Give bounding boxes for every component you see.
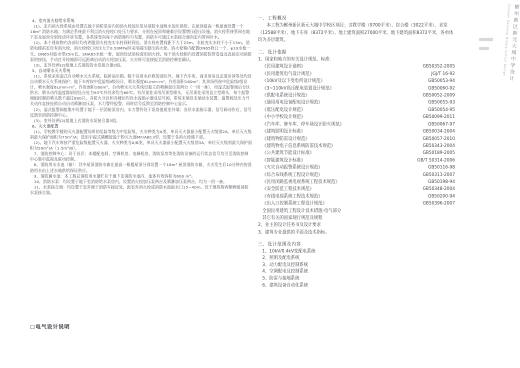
standard-row: 《建筑物防雷设计规范》 GB50057-2010: [258, 135, 455, 142]
section-title-overview: 一、工程概况: [258, 15, 455, 22]
standard-name: 《建筑物电子信息系统防雷技术规范》: [258, 142, 335, 149]
standard-name: 《公共建筑节能设计标准》: [258, 150, 314, 157]
standards-list: 《民用建筑设计通则》 GB50352-2005 《民用建筑电气设计规范》 JGJ…: [258, 63, 455, 207]
standard-row: 《建筑照明设计标准》 GB50034-2004: [258, 128, 455, 135]
standard-code: GB/T 50314-2006: [417, 157, 455, 164]
scope-item: 3、动力配电及控制系统: [258, 262, 455, 269]
standard-row: 《公共建筑节能设计标准》 GB50189-2005: [258, 150, 455, 157]
standard-code: JGJ/T 16-92: [431, 70, 455, 77]
standard-name: 《智能建筑设计标准》: [258, 157, 305, 164]
overview-paragraph: 本工程为郴州新区新元大城中学校区项目；含教学楼（9700平米）、综合楼（3022…: [258, 22, 455, 44]
standard-code: GB50054-95: [428, 106, 455, 113]
standard-row: 《综合布线系统工程设计规范》 GB50311-2007: [258, 171, 455, 178]
standard-code: GB50311-2007: [423, 171, 455, 178]
scope-item: 5、防雷与接地系统: [258, 275, 455, 282]
standard-name: 《通用用电设备配电设计规范》: [258, 99, 322, 106]
spec-paragraph: 11、水泵接合器：均设置于室外便于消防车接近处，距室外消火栓或消防水池取水口15…: [30, 184, 252, 195]
basis-note-2: 其它有关的国家现行规范及规程: [258, 214, 455, 221]
scope-item: 2、照明及配电系统: [258, 255, 455, 262]
standard-code: GB50067-97: [428, 121, 455, 128]
standard-row: 《通用用电设备配电设计规范》 GB50055-93: [258, 99, 455, 106]
standard-row: 《10kV及以下变电所设计规范》 GB50053-94: [258, 78, 455, 85]
standard-row: 《中小学校设计规范》 GB50099-2011: [258, 114, 455, 121]
spec-paragraph: (2)、本个建筑物内各部位均有两股消火栓充实水柱同时到达，消火栓布置间距不大于2…: [30, 40, 252, 62]
basis-note-1: 全国民用建筑工程设计技术措施-电气部分: [258, 207, 455, 214]
standard-code: GB50200-94: [428, 193, 455, 200]
standard-row: 《民用闭路监视电视系统工程技术规范》 GB50198-94: [258, 178, 455, 185]
scope-item: 6、建筑设备自动化系统: [258, 282, 455, 289]
standard-code: GB50053-94: [428, 78, 455, 85]
standard-code: GB50116-98: [428, 164, 455, 171]
standard-name: 《民用闭路监视电视系统工程技术规范》: [258, 178, 340, 185]
scope-item: 1、10kV/0.4kV变配电系统: [258, 248, 455, 255]
standard-name: 《中小学校设计规范》: [258, 114, 305, 121]
standard-row: 《3~110kV高压配电装置设计规范》 GB50060-92: [258, 85, 455, 92]
spec-paragraph: (1)、系统采用湿式自动喷水灭火系统，临时高压制。除不宜用水扑救的部位外，地下汽…: [30, 73, 252, 106]
standard-row: 《低压配电设计规范》 GB50054-95: [258, 106, 455, 113]
spec-paragraph: (1)、学校教学楼的灭火器配置场所的危险等级为中危险级，火灾种类为A类，单具灭火…: [30, 129, 252, 140]
document-page: 4、室内消火栓给水系统 (1)、室内消火栓系统由设置在地下消防泵房内的消火栓加压…: [0, 0, 520, 368]
standard-name: 《供配电系统设计规范》: [258, 92, 310, 99]
standard-name: 《建筑物防雷设计规范》: [258, 135, 310, 142]
scope-item: 4、空调配电及控制系统: [258, 269, 455, 276]
standard-code: GB50198-94: [428, 178, 455, 185]
standard-row: 《火灾自动报警系统设计规范》 GB50116-98: [258, 164, 455, 171]
standard-code: GB50034-2004: [423, 128, 455, 135]
faint-stamp-mark: [479, 38, 493, 41]
right-column: 一、工程概况 本工程为郴州新区新元大城中学校区项目；含教学楼（9700平米）、综…: [258, 15, 455, 345]
standard-name: 《民用建筑设计通则》: [258, 63, 305, 70]
standard-name: 《建筑照明设计标准》: [258, 128, 305, 135]
spec-paragraph: (2)、地下汽车库按严重危险级配置灭火器，火灾种类为A/B类，单具灭火器最小配置…: [30, 140, 252, 151]
spec-paragraph: (1)、室内消火栓系统由设置在地下消防泵房内的消火栓加压泵从消防水池吸水加压供给…: [30, 24, 252, 41]
electrical-section-header-wrap: □电气设计说明: [30, 321, 170, 335]
standard-row: 《安全防范工程技术规范》 GB50348-2004: [258, 186, 455, 193]
standard-name: 《3~110kV高压配电装置设计规范》: [258, 85, 334, 92]
standard-name: 《安全防范工程技术规范》: [258, 186, 314, 193]
title-block: 郴州新区新元大城中学设计 Xinyuan Dacheng Middle Scho…: [484, 2, 520, 112]
standard-code: GB50055-93: [428, 99, 455, 106]
standard-code: GB50060-92: [428, 85, 455, 92]
standard-code: GB50057-2010: [423, 135, 455, 142]
standard-name: 《10kV及以下变电所设计规范》: [258, 78, 325, 85]
scope-list: 1、10kV/0.4kV变配电系统 2、照明及配电系统 3、动力配电及控制系统 …: [258, 248, 455, 289]
spec-paragraph: (2)、湿式报警阀组集中设置于地下一层消防泵房内，水力警铃设于泵房值班室外墙；各…: [30, 107, 252, 118]
standard-code: GB50343-2004: [423, 142, 455, 149]
basis-item-3: 3、建筑专业提供的平面及技术指标。: [258, 229, 455, 236]
standard-name: 《汽车库、修车库、停车场设计防火规范》: [258, 121, 344, 128]
standard-row: 《建筑物电子信息系统防雷技术规范》 GB50343-2004: [258, 142, 455, 149]
left-column: 4、室内消火栓给水系统 (1)、室内消火栓系统由设置在地下消防泵房内的消火栓加压…: [30, 18, 252, 330]
standard-row: 《有线电视系统工程技术规范》 GB50200-94: [258, 193, 455, 200]
standard-row: 《供配电系统设计规范》 GB50052-2009: [258, 92, 455, 99]
standard-row: 《智能建筑设计标准》 GB/T 50314-2006: [258, 157, 455, 164]
standard-code: GB50189-2005: [423, 150, 455, 157]
left-spec-text: 4、室内消火栓给水系统 (1)、室内消火栓系统由设置在地下消防泵房内的消火栓加压…: [30, 18, 252, 196]
electrical-section-header: □电气设计说明: [30, 324, 70, 330]
basis-item-2: 2、业主的设计任务书及设计要求: [258, 222, 455, 229]
standard-name: 《出入口控制系统工程设计规范》: [258, 200, 327, 207]
spec-paragraph: 8、消防用水水池（箱）：其中屋顶消防水箱在最高一栋楼屋顶分别设置一个18m³ 屋…: [30, 162, 252, 173]
standard-row: 《出入口控制系统工程设计规范》 GB50396-2007: [258, 200, 455, 207]
standard-code: GB50052-2009: [423, 92, 455, 99]
basis-item-1: 1、国家和地方的有关设计规范、标准：: [258, 56, 455, 63]
standard-row: 《民用建筑设计通则》 GB50352-2005: [258, 63, 455, 70]
standard-row: 《汽车库、修车库、停车场设计防火规范》 GB50067-97: [258, 121, 455, 128]
standard-name: 《民用建筑电气设计规范》: [258, 70, 314, 77]
standard-code: GB50099-2011: [423, 114, 455, 121]
section-title-scope: 三、设计范围及内容: [258, 241, 455, 248]
standard-name: 《低压配电设计规范》: [258, 106, 305, 113]
standard-name: 《火灾自动报警系统设计规范》: [258, 164, 322, 171]
section-title-basis: 二、设计依据: [258, 49, 455, 56]
standard-name: 《有线电视系统工程技术规范》: [258, 193, 322, 200]
standard-code: GB50396-2007: [423, 200, 455, 207]
spec-paragraph: 7、消防控制中心：设于首层；本楼配电间、空调机房、电梯机房、消防泵房等处消防设备…: [30, 151, 252, 162]
standard-code: GB50352-2005: [423, 63, 455, 70]
standard-code: GB50348-2004: [423, 186, 455, 193]
standard-name: 《综合布线系统工程设计规范》: [258, 171, 322, 178]
standard-row: 《民用建筑电气设计规范》 JGJ/T 16-92: [258, 70, 455, 77]
faint-stamp-mark: [479, 47, 489, 50]
